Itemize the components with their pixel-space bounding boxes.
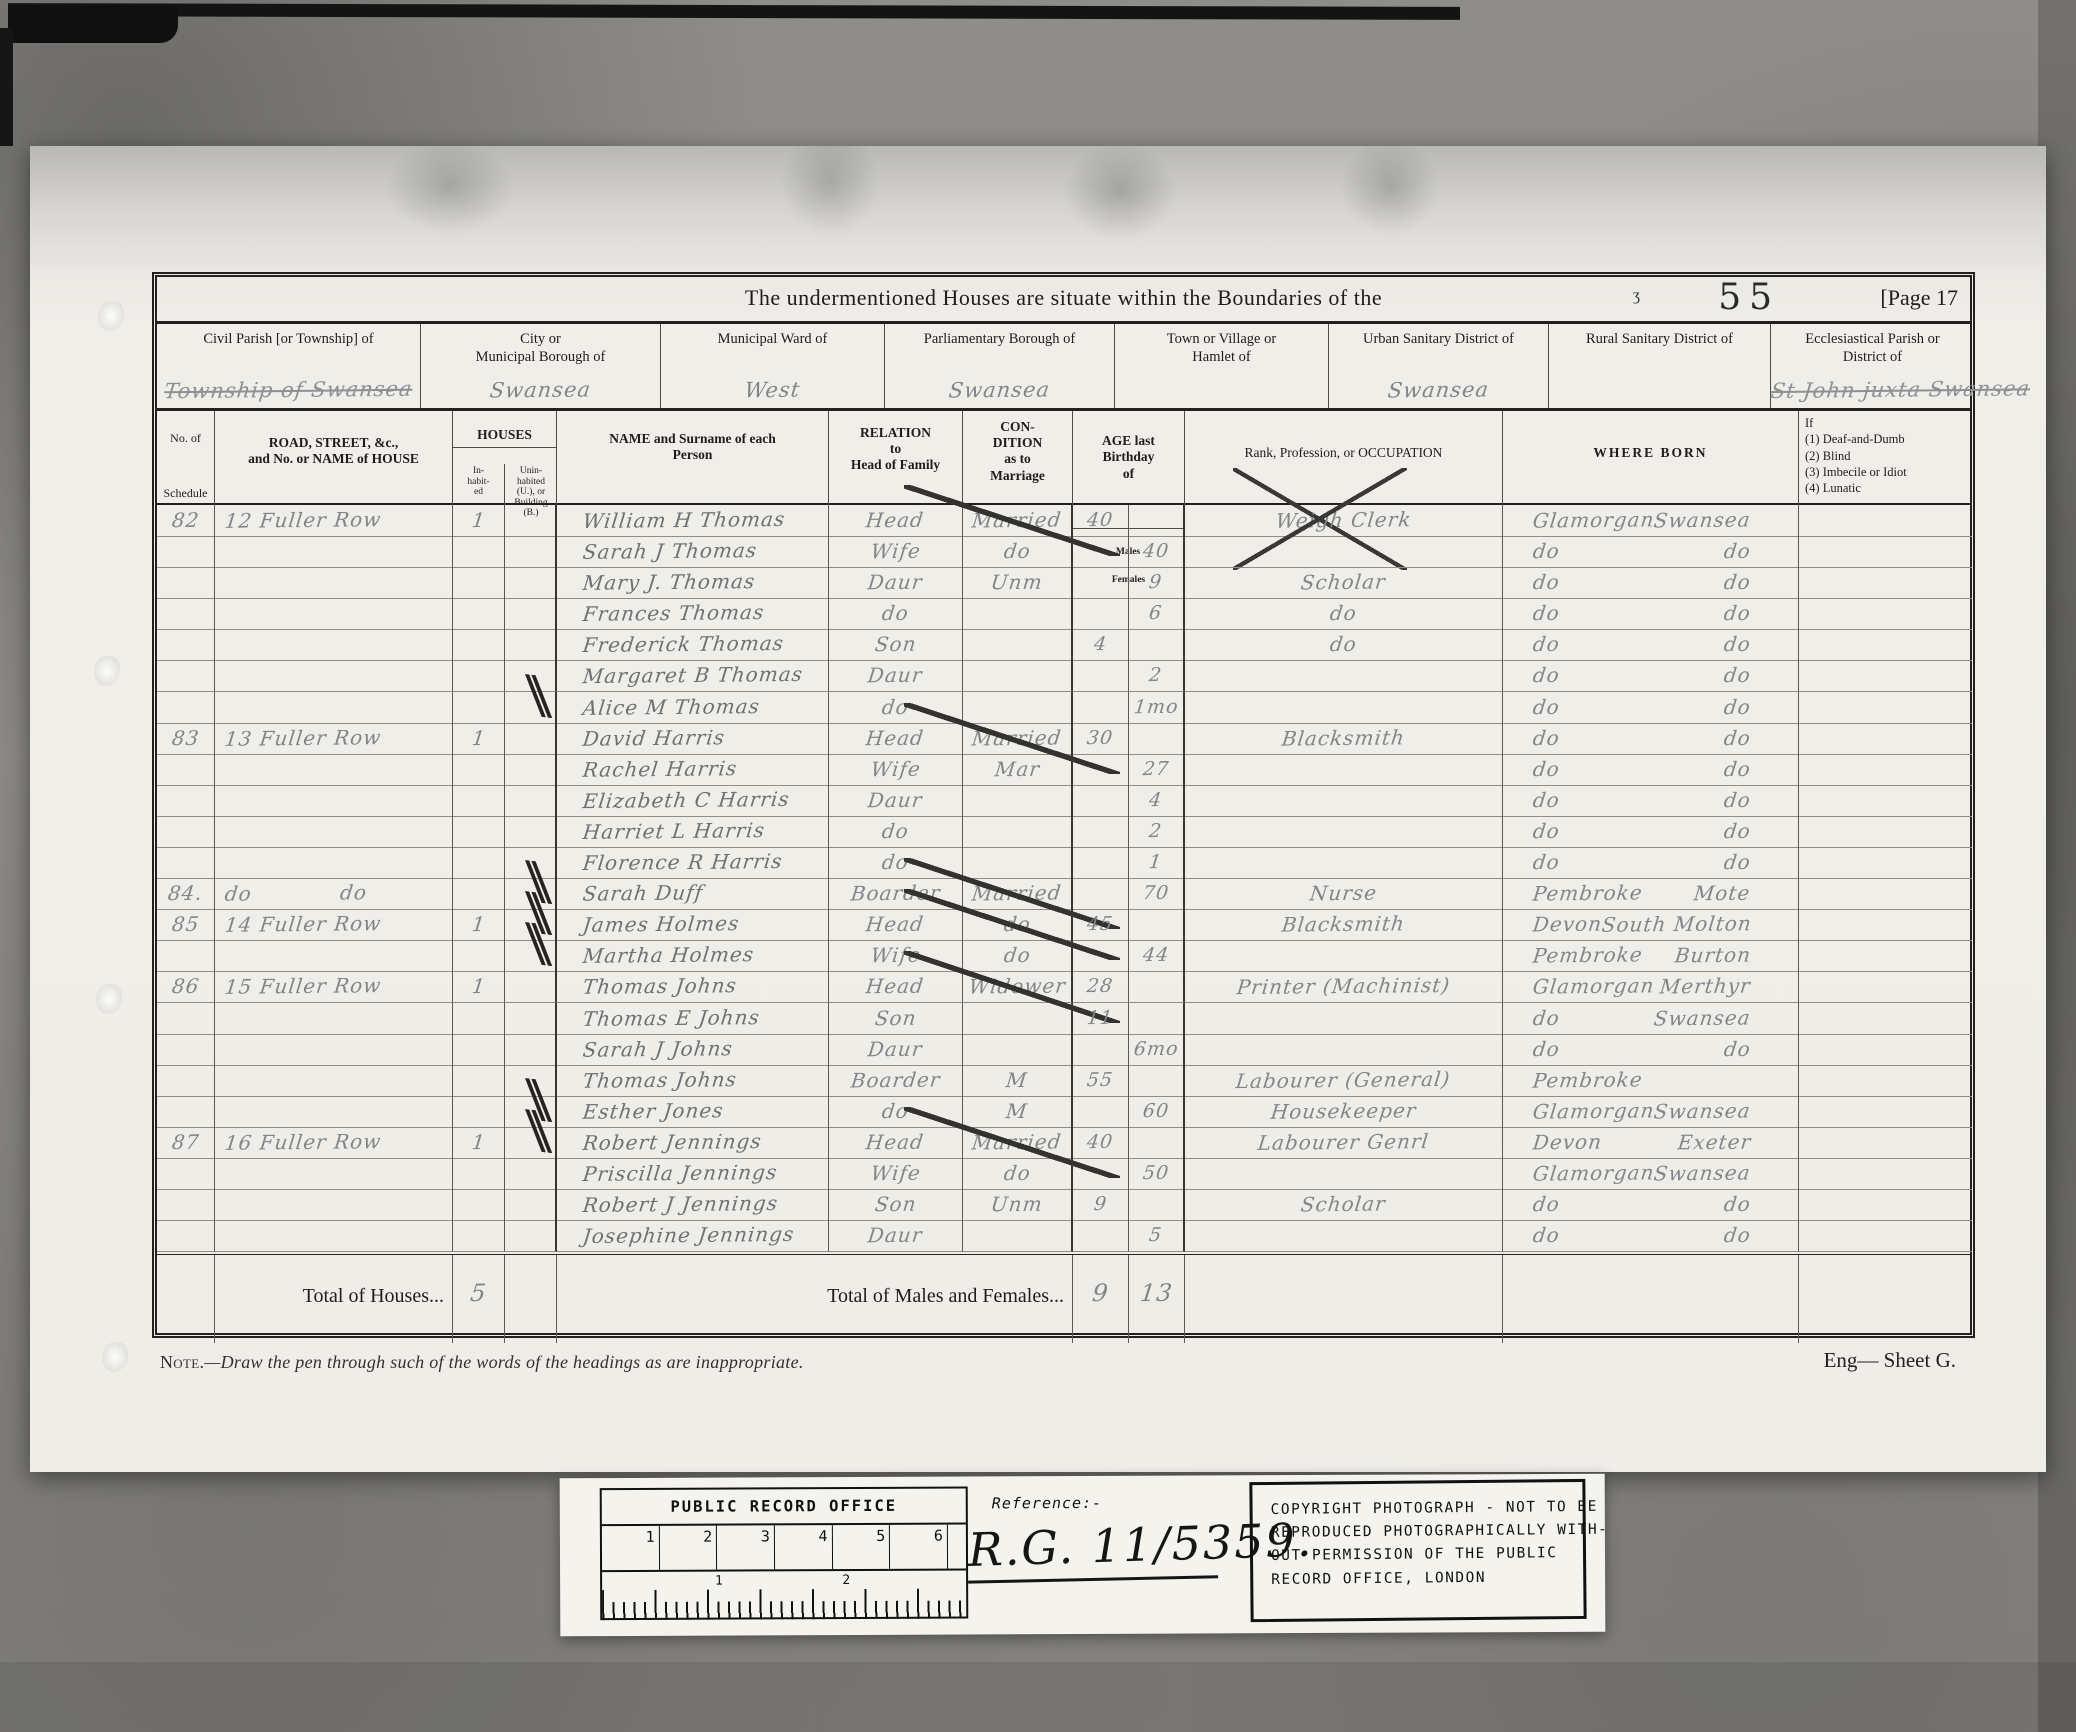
address [215, 629, 453, 661]
person-name-text: Sarah Duff [581, 877, 705, 908]
district-col-7: Ecclesiastical Parish or District ofSt J… [1771, 324, 1974, 408]
condition [963, 629, 1073, 661]
schedule-number [157, 1189, 215, 1221]
person-name-text: Alice M Thomas [581, 691, 761, 723]
relation: Boarder [829, 1065, 963, 1097]
address [215, 598, 453, 630]
where-born: dodo [1503, 660, 1799, 692]
district-label: Urban Sanitary District of [1329, 330, 1548, 348]
occupation [1185, 847, 1503, 879]
infirmity [1799, 1158, 1972, 1190]
district-value: Swansea [420, 377, 662, 404]
born-county: Devon [1531, 909, 1604, 940]
born-place: do [1722, 598, 1752, 628]
address [215, 1003, 453, 1035]
photo-edge-corner [8, 5, 178, 43]
occupation [1185, 1220, 1503, 1252]
born-county: do [1531, 1033, 1561, 1063]
houses-inhabited-text: 1 [470, 909, 487, 939]
table-row: 8514 Fuller Row1James Holmes╲╲Headdo45Bl… [157, 909, 1970, 940]
relation: do [829, 692, 963, 724]
schedule-number [157, 598, 215, 630]
district-header-row: Civil Parish [or Township] ofTownship of… [157, 324, 1970, 411]
age-female: 2 [1129, 660, 1185, 692]
total-males-value: 9 [1071, 1279, 1129, 1308]
condition: M [963, 1065, 1073, 1097]
occupation: Blacksmith [1185, 723, 1503, 755]
person-name: Josephine Jennings [557, 1220, 829, 1252]
schedule-number: 83 [157, 723, 215, 755]
condition: Married [963, 1127, 1073, 1159]
infirmity [1799, 567, 1972, 599]
age-male: 45 [1073, 909, 1129, 941]
houses-inhabited-text: 1 [470, 723, 487, 753]
folio-stamp: 55 [1718, 277, 1780, 318]
age-female-text: 27 [1141, 754, 1171, 784]
relation: Head [829, 971, 963, 1003]
born-county: Devon [1531, 1127, 1604, 1158]
condition [963, 816, 1073, 848]
houses-uninhabited [505, 598, 557, 630]
condition [963, 847, 1073, 879]
infirmity [1799, 878, 1972, 910]
condition-text: Married [970, 1126, 1063, 1157]
houses-uninhabited [505, 1034, 557, 1066]
person-name-text: Margaret B Thomas [581, 659, 805, 691]
born-place: do [1722, 691, 1752, 721]
relation-text: Boarder [849, 1064, 942, 1095]
person-name-text: Harriet L Harris [581, 815, 766, 847]
condition: Married [963, 878, 1073, 910]
houses-uninhabited [505, 1003, 557, 1035]
infirmity [1799, 723, 1972, 755]
age-male: 11 [1073, 1003, 1129, 1035]
relation: Head [829, 723, 963, 755]
relation-text: Wife [869, 753, 922, 784]
person-name: David Harris [557, 723, 829, 755]
occupation-text: Nurse [1308, 878, 1378, 909]
person-name: Frances Thomas [557, 598, 829, 630]
person-name: Florence R Harris [557, 847, 829, 879]
condition [963, 1220, 1073, 1252]
schedule-number [157, 785, 215, 817]
condition-text: do [1002, 536, 1032, 566]
person-name: Thomas Johns [557, 1065, 829, 1097]
person-name-text: Mary J. Thomas [581, 566, 757, 598]
address [215, 1158, 453, 1190]
age-male: 9 [1073, 1189, 1129, 1221]
sheet-label: Eng— Sheet G. [1824, 1348, 1956, 1373]
where-born: dodo [1503, 598, 1799, 630]
infirmity [1799, 598, 1972, 630]
address: 15 Fuller Row [215, 971, 453, 1003]
age-female-text: 60 [1141, 1096, 1171, 1126]
houses-inhabited [453, 1034, 505, 1066]
paper-hole [96, 984, 122, 1014]
total-houses-value-cell: 5 [453, 1255, 505, 1343]
table-row: 8313 Fuller Row1David HarrisHeadMarried3… [157, 723, 1970, 754]
occupation-text: Labourer Genrl [1256, 1126, 1430, 1158]
age-female-text: 1 [1148, 847, 1164, 877]
age-male [1073, 816, 1129, 848]
born-county: Glamorgan [1531, 1157, 1656, 1188]
born-place: do [1722, 816, 1752, 846]
occupation: Labourer Genrl [1185, 1127, 1503, 1159]
age-male [1073, 785, 1129, 817]
age-female [1129, 1065, 1185, 1097]
relation-text: do [880, 598, 910, 628]
occupation [1185, 754, 1503, 786]
total-females-cell: 13 [1129, 1255, 1185, 1343]
person-name-text: Josephine Jennings [581, 1219, 796, 1251]
person-name: Thomas Johns [557, 971, 829, 1003]
person-name: Robert J Jennings [557, 1189, 829, 1221]
schedule-number [157, 816, 215, 848]
infirmity [1799, 971, 1972, 1003]
occupation [1185, 1003, 1503, 1035]
infirmity [1799, 847, 1972, 879]
schedule-number-text: 85 [170, 909, 201, 939]
table-row: Martha Holmes╲╲Wifedo44PembrokeBurton [157, 940, 1970, 971]
copyright-line: RECORD OFFICE, LONDON [1271, 1566, 1583, 1592]
person-name: Sarah J Thomas [557, 536, 829, 568]
table-row: Rachel HarrisWifeMar27dodo [157, 754, 1970, 785]
condition: do [963, 940, 1073, 972]
relation-text: Head [865, 505, 926, 536]
infirmity [1799, 754, 1972, 786]
condition-text: Unm [989, 1189, 1044, 1220]
person-name: Priscilla Jennings [557, 1158, 829, 1190]
infirmity [1799, 909, 1972, 941]
born-place: Mote [1693, 878, 1753, 909]
condition: do [963, 1158, 1073, 1190]
condition [963, 598, 1073, 630]
houses-uninhabited [505, 723, 557, 755]
totals-schedule-cell [157, 1255, 215, 1343]
district-value: West [660, 377, 886, 403]
total-houses-label: Total of Houses... [303, 1285, 444, 1308]
relation: Son [829, 629, 963, 661]
copyright-line: COPYRIGHT PHOTOGRAPH - NOT TO BE [1270, 1496, 1582, 1522]
relation: Wife [829, 536, 963, 568]
schedule-number [157, 754, 215, 786]
relation: Head [829, 1127, 963, 1159]
houses-uninhabited [505, 629, 557, 661]
age-male-text: 45 [1086, 909, 1116, 939]
age-female [1129, 1003, 1185, 1035]
age-female [1129, 909, 1185, 941]
houses-inhabited [453, 847, 505, 879]
person-name: James Holmes╲╲ [557, 909, 829, 941]
occupation: do [1185, 629, 1503, 661]
schedule-number-text: 86 [170, 971, 201, 1001]
relation: Wife [829, 754, 963, 786]
copyright-line: REPRODUCED PHOTOGRAPHICALLY WITH- [1271, 1519, 1583, 1545]
district-label: Civil Parish [or Township] of [157, 330, 420, 348]
born-place: do [1722, 754, 1752, 784]
where-born: dodo [1503, 1189, 1799, 1221]
schedule-number-text: 87 [170, 1127, 201, 1157]
houses-uninhabited [505, 1158, 557, 1190]
where-born: DevonExeter [1503, 1127, 1799, 1159]
pro-inch-numbers: 123456 [602, 1525, 966, 1573]
person-name: Robert Jennings╲╲ [557, 1127, 829, 1159]
houses-inhabited-text: 1 [470, 1127, 487, 1157]
occupation-text: Weigh Clerk [1274, 504, 1413, 535]
born-county: Pembroke [1531, 1064, 1644, 1095]
person-name-text: Robert Jennings [581, 1126, 763, 1158]
relation-text: Son [873, 1189, 918, 1219]
houses-uninhabited [505, 1189, 557, 1221]
schedule-number [157, 1034, 215, 1066]
born-county: do [1531, 660, 1561, 690]
infirmity [1799, 1096, 1972, 1128]
district-value [1115, 401, 1328, 403]
occupation: Weigh Clerk [1185, 505, 1503, 537]
relation: Wife [829, 940, 963, 972]
occupation-text: Scholar [1299, 1189, 1387, 1220]
where-born: dodo [1503, 847, 1799, 879]
person-name: Frederick Thomas [557, 629, 829, 661]
age-male [1073, 1034, 1129, 1066]
address [215, 660, 453, 692]
age-male [1073, 940, 1129, 972]
person-name: Rachel Harris [557, 754, 829, 786]
condition-text: Married [970, 505, 1063, 536]
census-form: The undermentioned Houses are situate wi… [152, 272, 1975, 1338]
where-born: dodo [1503, 629, 1799, 661]
houses-inhabited-text: 1 [470, 505, 487, 535]
schedule-number [157, 692, 215, 724]
person-name-text: Sarah J Johns [581, 1033, 734, 1065]
person-name: William H Thomas [557, 505, 829, 537]
age-male-text: 40 [1086, 1127, 1116, 1157]
age-female-text: 2 [1148, 660, 1164, 690]
pro-scale-stamp: PUBLIC RECORD OFFICE 123456 1 2 [600, 1487, 969, 1621]
condition: Unm [963, 567, 1073, 599]
table-body: 8212 Fuller Row1William H ThomasHeadMarr… [157, 505, 1970, 1251]
person-name: Esther Jones╲╲ [557, 1096, 829, 1128]
table-row: Robert J JenningsSonUnm9Scholardodo [157, 1189, 1970, 1220]
born-place: Swansea [1652, 1002, 1752, 1033]
pro-cm-number-1: 1 [715, 1574, 723, 1589]
ink-mark: ʒ [1633, 287, 1640, 305]
age-male [1073, 754, 1129, 786]
age-female-text: 9 [1148, 567, 1164, 597]
relation: Daur [829, 785, 963, 817]
occupation [1185, 1034, 1503, 1066]
form-title-row: The undermentioned Houses are situate wi… [157, 277, 1970, 324]
occupation [1185, 816, 1503, 848]
born-place: do [1722, 536, 1752, 566]
schedule-number-text: 82 [170, 505, 201, 535]
condition-text: M [1005, 1065, 1030, 1095]
photo-edge-left [0, 28, 13, 146]
houses-inhabited: 1 [453, 505, 505, 537]
table-row: Sarah J JohnsDaur6mododo [157, 1034, 1970, 1065]
born-place: Swansea [1652, 1157, 1752, 1188]
where-born: dodo [1503, 567, 1799, 599]
born-place: do [1722, 723, 1752, 753]
schedule-number-text: 83 [170, 723, 201, 753]
total-houses-value: 5 [451, 1279, 505, 1308]
houses-inhabited [453, 692, 505, 724]
age-female [1129, 723, 1185, 755]
table-row: Frances Thomasdo6dododo [157, 598, 1970, 629]
pro-stamp-card: PUBLIC RECORD OFFICE 123456 1 2 Referenc… [560, 1474, 1606, 1637]
relation: Boarder [829, 878, 963, 910]
age-female: 2 [1129, 816, 1185, 848]
schedule-number [157, 629, 215, 661]
houses-inhabited [453, 1158, 505, 1190]
table-row: Sarah J ThomasWifedo40dodo [157, 536, 1970, 567]
where-born: dodo [1503, 692, 1799, 724]
occupation: Labourer (General) [1185, 1065, 1503, 1097]
condition [963, 660, 1073, 692]
infirmity [1799, 1220, 1972, 1252]
person-name: Alice M Thomas╲╲ [557, 692, 829, 724]
age-female-text: 5 [1148, 1220, 1164, 1250]
age-female-text: 44 [1141, 940, 1171, 970]
condition [963, 692, 1073, 724]
schedule-number [157, 1096, 215, 1128]
infirmity [1799, 1065, 1972, 1097]
age-male: 30 [1073, 723, 1129, 755]
born-county: Pembroke [1531, 940, 1644, 971]
footnote-word: Note. [160, 1352, 204, 1372]
condition: do [963, 536, 1073, 568]
relation-text: Head [865, 1127, 926, 1158]
where-born: GlamorganSwansea [1503, 505, 1799, 537]
footnote: Note.—Draw the pen through such of the w… [160, 1352, 804, 1373]
district-col-2: Municipal Ward ofWest [661, 324, 885, 408]
occupation-text: Labourer (General) [1235, 1064, 1453, 1096]
occupation: Housekeeper [1185, 1096, 1503, 1128]
person-name-text: Frederick Thomas [581, 628, 786, 660]
totals-houses-cell: Total of Houses... [215, 1255, 453, 1343]
district-col-4: Town or Village or Hamlet of [1115, 324, 1329, 408]
relation-text: Wife [869, 940, 922, 971]
age-female-text: 6mo [1132, 1033, 1180, 1063]
photo-edge-top [8, 3, 1460, 20]
houses-inhabited [453, 940, 505, 972]
condition-text: Unm [989, 567, 1044, 598]
born-county: do [1531, 1220, 1561, 1250]
person-name: Sarah J Johns [557, 1034, 829, 1066]
district-value [1549, 401, 1770, 403]
houses-uninhabited [505, 536, 557, 568]
occupation [1185, 536, 1503, 568]
paper-hole [94, 656, 120, 686]
person-name-text: Thomas Johns [581, 1064, 738, 1096]
born-place: do [1722, 629, 1752, 659]
born-county: do [1531, 598, 1561, 628]
age-male [1073, 567, 1129, 599]
age-male-text: 40 [1086, 505, 1116, 535]
born-place: do [1722, 1189, 1752, 1219]
houses-uninhabited [505, 785, 557, 817]
table-row: Alice M Thomas╲╲do1mododo [157, 692, 1970, 723]
age-male: 40 [1073, 505, 1129, 537]
age-female: 44 [1129, 940, 1185, 972]
person-name-text: Esther Jones [581, 1095, 725, 1126]
occupation [1185, 785, 1503, 817]
relation-text: Wife [869, 536, 922, 567]
houses-inhabited [453, 536, 505, 568]
infirmity [1799, 505, 1972, 537]
relation: Head [829, 909, 963, 941]
born-county: do [1531, 847, 1561, 877]
born-county: do [1531, 629, 1561, 659]
age-female: 60 [1129, 1096, 1185, 1128]
infirmity [1799, 692, 1972, 724]
person-name-text: Elizabeth C Harris [581, 784, 791, 816]
paper-hole [102, 1342, 128, 1372]
inch-number: 4 [775, 1525, 833, 1569]
infirmity [1799, 1189, 1972, 1221]
address [215, 754, 453, 786]
person-name-text: Sarah J Thomas [581, 535, 759, 567]
infirmity [1799, 629, 1972, 661]
condition [963, 785, 1073, 817]
where-born: Pembroke [1503, 1065, 1799, 1097]
age-female-text: 70 [1141, 878, 1171, 908]
houses-inhabited [453, 816, 505, 848]
table-row: Frederick ThomasSon4dododo [157, 629, 1970, 660]
where-born: dodo [1503, 723, 1799, 755]
district-col-3: Parliamentary Borough ofSwansea [885, 324, 1115, 408]
person-name-text: Priscilla Jennings [581, 1157, 779, 1189]
age-male [1073, 878, 1129, 910]
houses-inhabited [453, 567, 505, 599]
person-name: Mary J. Thomas [557, 567, 829, 599]
where-born: PembrokeMote [1503, 878, 1799, 910]
born-place: South Molton [1600, 908, 1753, 940]
address-text: 13 Fuller Row [223, 722, 383, 754]
person-name-text: Florence R Harris [581, 846, 784, 878]
person-name-text: Martha Holmes [581, 939, 756, 971]
born-place: do [1722, 660, 1752, 690]
age-male-text: 9 [1092, 1189, 1108, 1219]
condition: Married [963, 505, 1073, 537]
district-value: Township of Swansea [155, 377, 421, 404]
person-name-text: David Harris [581, 722, 727, 753]
condition-text: Married [970, 878, 1063, 909]
condition: Mar [963, 754, 1073, 786]
where-born: doSwansea [1503, 1003, 1799, 1035]
infirmity [1799, 785, 1972, 817]
where-born: GlamorganSwansea [1503, 1158, 1799, 1190]
relation-text: do [880, 816, 910, 846]
table-row: Josephine JenningsDaur5dodo [157, 1220, 1970, 1251]
born-county: Glamorgan [1531, 1095, 1656, 1126]
houses-inhabited-text: 1 [470, 971, 487, 1001]
occupation: do [1185, 598, 1503, 630]
age-female: 5 [1129, 1220, 1185, 1252]
where-born: dodo [1503, 754, 1799, 786]
table-row: Mary J. ThomasDaurUnm9Scholardodo [157, 567, 1970, 598]
condition: M [963, 1096, 1073, 1128]
houses-inhabited: 1 [453, 723, 505, 755]
address: do do [215, 878, 453, 910]
person-name-text: Rachel Harris [581, 753, 739, 785]
age-female: 40 [1129, 536, 1185, 568]
born-place: do [1722, 1033, 1752, 1063]
born-county: do [1531, 567, 1561, 597]
born-county: do [1531, 754, 1561, 784]
occupation [1185, 660, 1503, 692]
age-female [1129, 505, 1185, 537]
